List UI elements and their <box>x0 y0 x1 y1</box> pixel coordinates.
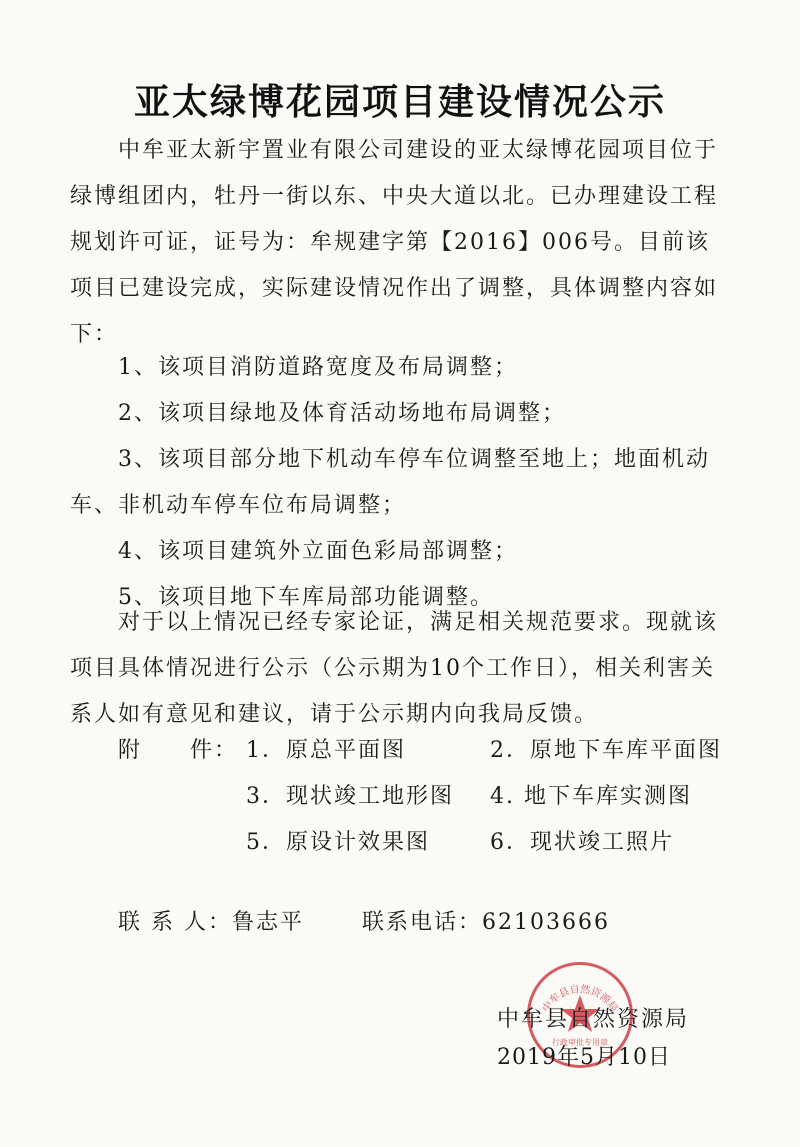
document-page: 亚太绿博花园项目建设情况公示 中牟亚太新宇置业有限公司建设的亚太绿博花园项目位于… <box>0 0 800 1147</box>
attachment-item: 5．原设计效果图 <box>246 825 430 856</box>
document-title: 亚太绿博花园项目建设情况公示 <box>0 74 800 125</box>
adjustment-list: 1、该项目消防道路宽度及布局调整； 2、该项目绿地及体育活动场地布局调整； 3、… <box>70 345 730 621</box>
closing-paragraph: 对于以上情况已经专家论证，满足相关规范要求。现就该项目具体情况进行公示（公示期为… <box>70 600 730 738</box>
attachment-item: 6．现状竣工照片 <box>490 825 674 856</box>
intro-paragraph: 中牟亚太新宇置业有限公司建设的亚太绿博花园项目位于绿博组团内，牡丹一街以东、中央… <box>70 128 730 358</box>
issuer-name: 中牟县自然资源局 <box>497 1002 689 1033</box>
contact-line: 联 系 人：鲁志平 联系电话：62103666 <box>118 905 610 936</box>
closing-text: 对于以上情况已经专家论证，满足相关规范要求。现就该项目具体情况进行公示（公示期为… <box>70 600 730 738</box>
list-item: 2、该项目绿地及体育活动场地布局调整； <box>70 391 730 437</box>
attachment-item: 3．现状竣工地形图 <box>246 779 454 810</box>
attachment-item: 1．原总平面图 <box>246 733 406 764</box>
intro-text: 中牟亚太新宇置业有限公司建设的亚太绿博花园项目位于绿博组团内，牡丹一街以东、中央… <box>70 128 730 358</box>
contact-phone: 62103666 <box>482 910 610 935</box>
issue-date: 2019年5月10日 <box>497 1040 671 1071</box>
contact-phone-label: 联系电话： <box>362 905 482 936</box>
attachments-label: 附 件： <box>118 733 238 764</box>
contact-person: 鲁志平 <box>232 905 304 936</box>
list-item: 1、该项目消防道路宽度及布局调整； <box>70 345 730 391</box>
attachment-item: 2．原地下车库平面图 <box>490 733 722 764</box>
attachment-item: 4. 地下车库实测图 <box>490 779 692 810</box>
list-item: 3、该项目部分地下机动车停车位调整至地上；地面机动车、非机动车停车位布局调整； <box>70 437 730 529</box>
list-item: 4、该项目建筑外立面色彩局部调整； <box>70 529 730 575</box>
contact-person-label: 联 系 人： <box>118 905 232 936</box>
